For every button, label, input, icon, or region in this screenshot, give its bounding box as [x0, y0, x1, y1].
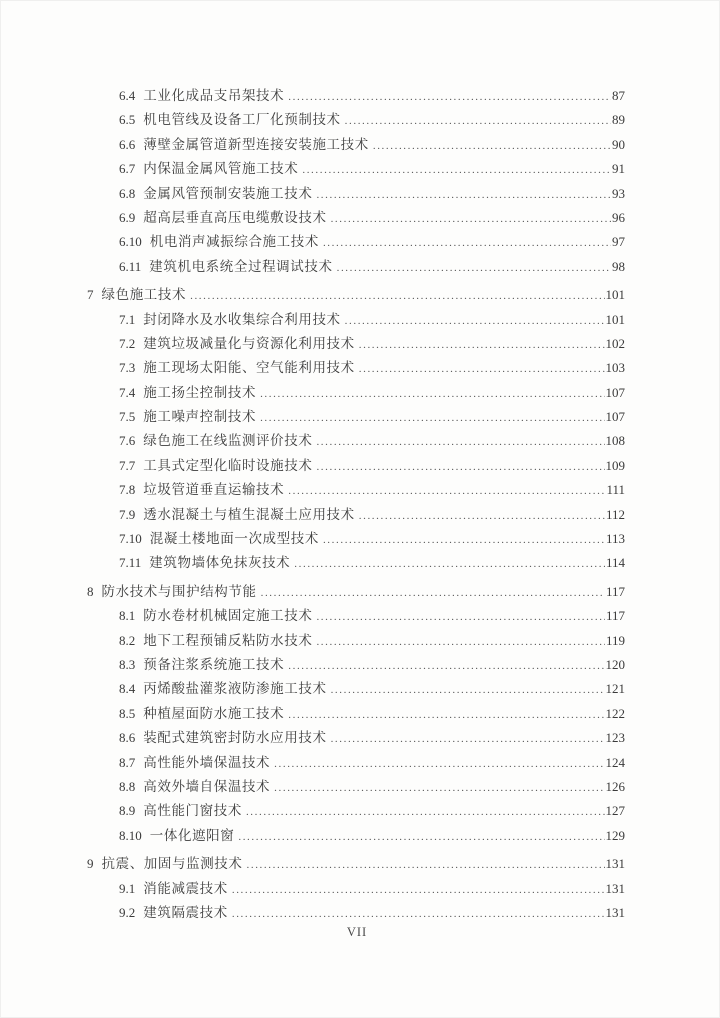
toc-row: 9.2建筑隔震技术131	[87, 901, 625, 925]
toc-entry-title: 薄壁金属管道新型连接安装施工技术	[143, 133, 369, 157]
toc-entry-page: 87	[612, 84, 625, 108]
toc-entry-page: 103	[606, 356, 626, 380]
toc-entry-title: 施工现场太阳能、空气能利用技术	[143, 356, 355, 380]
toc-entry-number: 6.9	[119, 206, 135, 230]
toc-entry-number: 7.11	[119, 551, 141, 575]
page-folio: VII	[87, 925, 627, 940]
toc-dot-leader	[359, 504, 605, 528]
toc-entry-number: 7.9	[119, 503, 135, 527]
toc-row: 7.9透水混凝土与植生混凝土应用技术112	[87, 503, 625, 527]
toc-entry-page: 117	[606, 580, 625, 604]
toc-entry-title: 高性能门窗技术	[143, 799, 242, 823]
toc-entry-page: 126	[606, 775, 626, 799]
toc-entry-page: 114	[606, 551, 625, 575]
toc-entry-page: 93	[612, 182, 625, 206]
toc-row: 6.6薄壁金属管道新型连接安装施工技术90	[87, 133, 625, 157]
toc-entry-page: 107	[606, 381, 626, 405]
toc-dot-leader	[274, 752, 604, 776]
toc-entry-number: 6.11	[119, 255, 141, 279]
toc-entry-title: 工具式定型化临时设施技术	[143, 454, 312, 478]
toc-entry-number: 9.2	[119, 901, 135, 925]
toc-entry-page: 109	[606, 454, 626, 478]
toc-row: 7.7工具式定型化临时设施技术109	[87, 454, 625, 478]
toc-entry-page: 107	[606, 405, 626, 429]
toc-dot-leader	[316, 430, 604, 454]
toc-dot-leader	[316, 630, 605, 654]
toc-row: 8.6装配式建筑密封防水应用技术123	[87, 726, 625, 750]
toc-dot-leader	[238, 825, 604, 849]
toc-entry-title: 绿色施工在线监测评价技术	[143, 429, 312, 453]
toc-dot-leader	[261, 581, 605, 605]
toc-row: 8.4丙烯酸盐灌浆液防渗施工技术121	[87, 677, 625, 701]
toc-dot-leader	[190, 284, 604, 308]
toc-entry-title: 预备注浆系统施工技术	[143, 653, 284, 677]
toc-entry-number: 8	[87, 580, 94, 604]
toc-entry-page: 119	[606, 629, 625, 653]
toc-row: 8.1防水卷材机械固定施工技术117	[87, 604, 625, 628]
toc-entry-title: 工业化成品支吊架技术	[143, 84, 284, 108]
toc-entry-page: 91	[612, 157, 625, 181]
toc-entry-number: 8.9	[119, 799, 135, 823]
toc-entry-title: 施工噪声控制技术	[143, 405, 256, 429]
toc-entry-page: 131	[606, 852, 626, 876]
toc-entry-number: 7.1	[119, 308, 135, 332]
toc-entry-page: 124	[606, 751, 626, 775]
toc-row: 9抗震、加固与监测技术131	[87, 852, 625, 876]
toc-entry-number: 8.6	[119, 726, 135, 750]
toc-entry-number: 6.5	[119, 108, 135, 132]
toc-dot-leader	[323, 528, 605, 552]
toc-entry-number: 6.10	[119, 230, 142, 254]
toc-entry-title: 内保温金属风管施工技术	[143, 157, 298, 181]
toc-row: 7.11建筑物墙体免抹灰技术114	[87, 551, 625, 575]
toc-dot-leader	[288, 654, 604, 678]
toc-row: 8.10一体化遮阳窗129	[87, 824, 625, 848]
toc-dot-leader	[247, 853, 605, 877]
toc-dot-leader	[345, 309, 605, 333]
toc-row: 6.10机电消声减振综合施工技术97	[87, 230, 625, 254]
toc-entry-title: 透水混凝土与植生混凝土应用技术	[143, 503, 355, 527]
toc-entry-page: 101	[606, 308, 626, 332]
toc-entry-title: 种植屋面防水施工技术	[143, 702, 284, 726]
toc-entry-number: 7.6	[119, 429, 135, 453]
toc-dot-leader	[331, 727, 605, 751]
toc-row: 8.7高性能外墙保温技术124	[87, 751, 625, 775]
toc-entry-number: 8.1	[119, 604, 135, 628]
toc-entry-page: 117	[606, 604, 625, 628]
toc-entry-page: 112	[606, 503, 625, 527]
toc-dot-leader	[288, 703, 604, 727]
toc-row: 7.10混凝土楼地面一次成型技术113	[87, 527, 625, 551]
toc-entry-page: 129	[606, 824, 626, 848]
toc-entry-number: 6.8	[119, 182, 135, 206]
toc-entry-number: 8.3	[119, 653, 135, 677]
toc-dot-leader	[331, 678, 605, 702]
toc-dot-leader	[316, 183, 611, 207]
toc-dot-leader	[260, 382, 604, 406]
toc-entry-number: 8.10	[119, 824, 142, 848]
toc-dot-leader	[246, 800, 605, 824]
scanned-toc-page: 6.4工业化成品支吊架技术876.5机电管线及设备工厂化预制技术896.6薄壁金…	[0, 0, 720, 1018]
toc-row: 8.2地下工程预铺反粘防水技术119	[87, 629, 625, 653]
toc-dot-leader	[316, 455, 604, 479]
toc-entry-title: 建筑垃圾减量化与资源化利用技术	[143, 332, 355, 356]
toc-entry-page: 111	[606, 478, 625, 502]
toc-dot-leader	[331, 207, 611, 231]
toc-entry-page: 131	[606, 877, 626, 901]
toc-entry-number: 8.5	[119, 702, 135, 726]
toc-entry-title: 建筑机电系统全过程调试技术	[149, 255, 332, 279]
toc-entry-number: 7.10	[119, 527, 142, 551]
toc-entry-number: 7	[87, 283, 94, 307]
toc-entry-number: 7.8	[119, 478, 135, 502]
toc-entry-title: 抗震、加固与监测技术	[102, 852, 243, 876]
toc-row: 8.3预备注浆系统施工技术120	[87, 653, 625, 677]
toc-dot-leader	[294, 552, 605, 576]
toc-entry-title: 丙烯酸盐灌浆液防渗施工技术	[143, 677, 326, 701]
toc-entry-title: 超高层垂直高压电缆敷设技术	[143, 206, 326, 230]
toc-entry-page: 101	[606, 283, 626, 307]
toc-row: 7.3施工现场太阳能、空气能利用技术103	[87, 356, 625, 380]
toc-entry-title: 机电消声减振综合施工技术	[150, 230, 319, 254]
toc-entry-number: 7.7	[119, 454, 135, 478]
toc-row: 7绿色施工技术101	[87, 283, 625, 307]
toc-entry-title: 装配式建筑密封防水应用技术	[143, 726, 326, 750]
toc-entry-number: 7.4	[119, 381, 135, 405]
toc-entry-page: 102	[606, 332, 626, 356]
toc-dot-leader	[345, 109, 611, 133]
toc-dot-leader	[359, 333, 605, 357]
toc-dot-leader	[323, 231, 611, 255]
toc-row: 7.2建筑垃圾减量化与资源化利用技术102	[87, 332, 625, 356]
toc-entry-page: 96	[612, 206, 625, 230]
toc-entry-title: 建筑隔震技术	[143, 901, 228, 925]
toc-entry-title: 防水卷材机械固定施工技术	[143, 604, 312, 628]
toc-row: 6.5机电管线及设备工厂化预制技术89	[87, 108, 625, 132]
toc-row: 6.9超高层垂直高压电缆敷设技术96	[87, 206, 625, 230]
toc-entry-number: 6.6	[119, 133, 135, 157]
toc-row: 7.6绿色施工在线监测评价技术108	[87, 429, 625, 453]
toc-entry-title: 一体化遮阳窗	[150, 824, 235, 848]
toc-dot-leader	[232, 878, 605, 902]
toc-entry-page: 127	[606, 799, 626, 823]
toc-row: 6.4工业化成品支吊架技术87	[87, 84, 625, 108]
toc-entry-page: 108	[606, 429, 626, 453]
toc-entry-number: 6.4	[119, 84, 135, 108]
toc-entry-title: 高效外墙自保温技术	[143, 775, 270, 799]
toc-entry-title: 施工扬尘控制技术	[143, 381, 256, 405]
toc-dot-leader	[288, 479, 605, 503]
toc-dot-leader	[232, 902, 605, 926]
toc-dot-leader	[316, 605, 605, 629]
toc-entry-number: 8.7	[119, 751, 135, 775]
toc-row: 8.8高效外墙自保温技术126	[87, 775, 625, 799]
toc-dot-leader	[373, 134, 611, 158]
toc-entry-page: 113	[606, 527, 625, 551]
toc-entry-number: 6.7	[119, 157, 135, 181]
toc-row: 8.9高性能门窗技术127	[87, 799, 625, 823]
toc-entry-title: 建筑物墙体免抹灰技术	[149, 551, 290, 575]
toc-row: 8.5种植屋面防水施工技术122	[87, 702, 625, 726]
toc-entry-page: 90	[612, 133, 625, 157]
toc-dot-leader	[274, 776, 604, 800]
toc-row: 7.5施工噪声控制技术107	[87, 405, 625, 429]
toc-entry-title: 消能减震技术	[143, 877, 228, 901]
toc-entry-title: 绿色施工技术	[102, 283, 187, 307]
toc-entry-page: 89	[612, 108, 625, 132]
toc-entry-number: 8.4	[119, 677, 135, 701]
toc-entry-number: 7.3	[119, 356, 135, 380]
toc-entry-title: 防水技术与围护结构节能	[102, 580, 257, 604]
toc-row: 6.8金属风管预制安装施工技术93	[87, 182, 625, 206]
toc-entry-page: 122	[606, 702, 626, 726]
toc-row: 6.7内保温金属风管施工技术91	[87, 157, 625, 181]
toc-dot-leader	[337, 256, 611, 280]
toc-entry-title: 地下工程预铺反粘防水技术	[143, 629, 312, 653]
toc-row: 7.4施工扬尘控制技术107	[87, 381, 625, 405]
toc-entry-number: 7.2	[119, 332, 135, 356]
toc-entry-title: 金属风管预制安装施工技术	[143, 182, 312, 206]
toc-row: 9.1消能减震技术131	[87, 877, 625, 901]
toc-entry-title: 机电管线及设备工厂化预制技术	[143, 108, 340, 132]
toc-dot-leader	[359, 357, 605, 381]
toc-row: 7.8垃圾管道垂直运输技术111	[87, 478, 625, 502]
toc-entry-page: 131	[606, 901, 626, 925]
toc-row: 7.1封闭降水及水收集综合利用技术101	[87, 308, 625, 332]
toc-entry-page: 123	[606, 726, 626, 750]
toc-entry-title: 垃圾管道垂直运输技术	[143, 478, 284, 502]
toc-entry-number: 7.5	[119, 405, 135, 429]
toc-entry-number: 9	[87, 852, 94, 876]
toc-entry-number: 8.8	[119, 775, 135, 799]
toc-dot-leader	[260, 406, 604, 430]
toc-entry-page: 97	[612, 230, 625, 254]
toc-row: 8防水技术与围护结构节能117	[87, 580, 625, 604]
toc-entry-number: 9.1	[119, 877, 135, 901]
toc-dot-leader	[288, 85, 611, 109]
toc-entry-number: 8.2	[119, 629, 135, 653]
toc-entry-page: 121	[606, 677, 626, 701]
toc-entry-title: 高性能外墙保温技术	[143, 751, 270, 775]
toc-entry-title: 混凝土楼地面一次成型技术	[150, 527, 319, 551]
toc-row: 6.11建筑机电系统全过程调试技术98	[87, 255, 625, 279]
toc-entry-page: 120	[606, 653, 626, 677]
toc-entry-title: 封闭降水及水收集综合利用技术	[143, 308, 340, 332]
toc-list: 6.4工业化成品支吊架技术876.5机电管线及设备工厂化预制技术896.6薄壁金…	[87, 84, 625, 925]
toc-entry-page: 98	[612, 255, 625, 279]
toc-dot-leader	[302, 158, 611, 182]
